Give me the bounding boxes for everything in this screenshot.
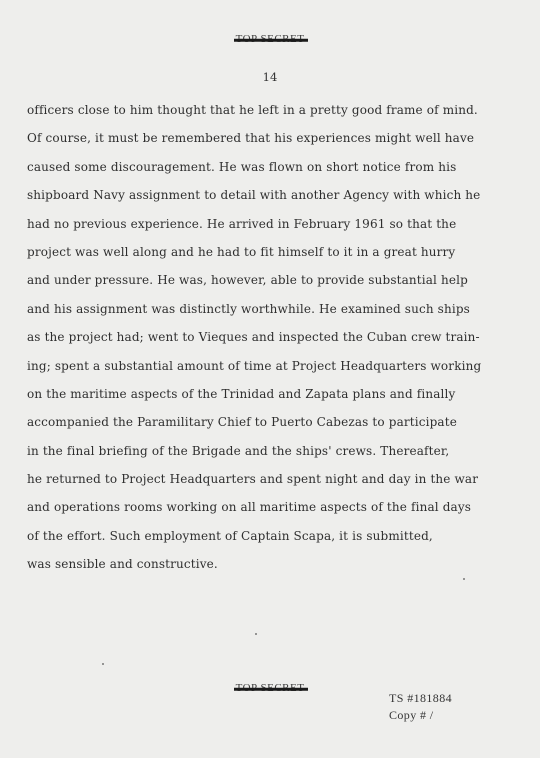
text-line: ing; spent a substantial amount of time …	[27, 352, 497, 380]
copy-number: Copy # /	[389, 707, 452, 724]
text-line: had no previous experience. He arrived i…	[27, 210, 497, 238]
text-line: and operations rooms working on all mari…	[27, 493, 497, 521]
document-page: TOP SECRET 14 officers close to him thou…	[0, 0, 540, 758]
page-number: 14	[0, 70, 540, 84]
text-line: accompanied the Paramilitary Chief to Pu…	[27, 408, 497, 436]
scan-speck	[102, 663, 104, 665]
scan-speck	[463, 578, 465, 580]
ts-number: TS #181884	[389, 690, 452, 707]
scan-speck	[255, 633, 257, 635]
text-line: as the project had; went to Vieques and …	[27, 323, 497, 351]
bottom-classification-marking: TOP SECRET	[0, 682, 540, 694]
text-line: and under pressure. He was, however, abl…	[27, 266, 497, 294]
body-paragraph: officers close to him thought that he le…	[27, 96, 497, 579]
text-line: on the maritime aspects of the Trinidad …	[27, 380, 497, 408]
text-line: and his assignment was distinctly worthw…	[27, 295, 497, 323]
text-line: of the effort. Such employment of Captai…	[27, 522, 497, 550]
document-reference: TS #181884 Copy # /	[389, 690, 452, 724]
text-line: project was well along and he had to fit…	[27, 238, 497, 266]
text-line: caused some discouragement. He was flown…	[27, 153, 497, 181]
text-line: officers close to him thought that he le…	[27, 96, 497, 124]
text-line: shipboard Navy assignment to detail with…	[27, 181, 497, 209]
top-classification-marking: TOP SECRET	[0, 33, 540, 45]
text-line: Of course, it must be remembered that hi…	[27, 124, 497, 152]
text-line: he returned to Project Headquarters and …	[27, 465, 497, 493]
struck-classification-text: TOP SECRET	[236, 33, 305, 45]
text-line: in the final briefing of the Brigade and…	[27, 437, 497, 465]
struck-classification-text: TOP SECRET	[236, 682, 305, 694]
text-line: was sensible and constructive.	[27, 550, 497, 578]
